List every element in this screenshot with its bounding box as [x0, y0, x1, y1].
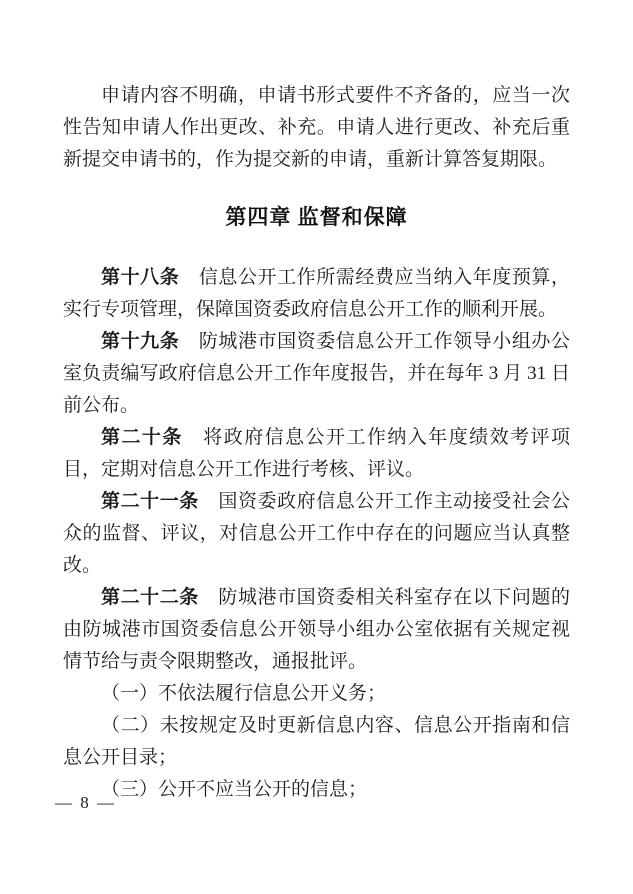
chapter-heading: 第四章 监督和保障: [63, 202, 570, 232]
article-paragraph-20: 第二十条 将政府信息公开工作纳入年度绩效考评项目，定期对信息公开工作进行考核、评…: [63, 422, 570, 486]
article-paragraph-19: 第十九条 防城港市国资委信息公开工作领导小组办公室负责编写政府信息公开工作年度报…: [63, 326, 570, 422]
article-paragraph-18: 第十八条 信息公开工作所需经费应当纳入年度预算，实行专项管理，保障国资委政府信息…: [63, 262, 570, 326]
article-term: 第十八条: [101, 267, 179, 288]
page-number-footer: — 8 —: [55, 793, 116, 813]
article-term: 第二十条: [101, 427, 183, 448]
list-item-2: （二）未按规定及时更新信息内容、信息公开指南和信息公开目录；: [63, 710, 570, 774]
article-term: 第十九条: [101, 331, 179, 352]
article-term: 第二十一条: [101, 491, 199, 512]
article-paragraph-22: 第二十二条 防城港市国资委相关科室存在以下问题的由防城港市国资委信息公开领导小组…: [63, 582, 570, 678]
list-item-3: （三）公开不应当公开的信息；: [63, 774, 570, 806]
document-content: 申请内容不明确，申请书形式要件不齐备的，应当一次性告知申请人作出更改、补充。申请…: [63, 80, 570, 806]
article-paragraph-21: 第二十一条 国资委政府信息公开工作主动接受社会公众的监督、评议，对信息公开工作中…: [63, 486, 570, 582]
article-term: 第二十二条: [101, 587, 199, 608]
document-page: 申请内容不明确，申请书形式要件不齐备的，应当一次性告知申请人作出更改、补充。申请…: [0, 0, 633, 894]
list-item-1: （一）不依法履行信息公开义务；: [63, 678, 570, 710]
intro-paragraph: 申请内容不明确，申请书形式要件不齐备的，应当一次性告知申请人作出更改、补充。申请…: [63, 80, 570, 176]
